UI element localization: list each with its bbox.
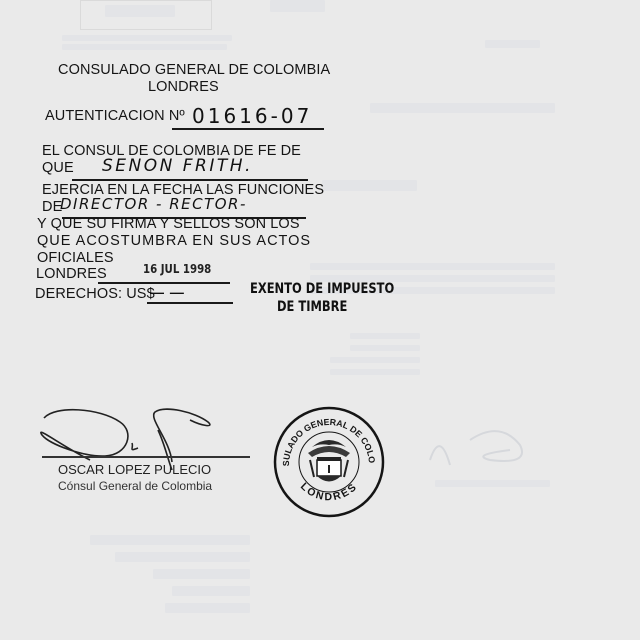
ghost-text: [153, 569, 250, 579]
ghost-text: [350, 333, 420, 339]
handwritten-signature: [30, 400, 260, 470]
que-handwritten-name: SENON FRITH.: [102, 156, 253, 176]
ghost-signature: [410, 420, 550, 480]
date-stamp: 16 JUL 1998: [143, 262, 211, 276]
authentication-underline: [172, 128, 324, 130]
derechos-value: — —: [150, 284, 185, 300]
que-label: QUE: [42, 160, 74, 176]
exemption-line1: EXENTO DE IMPUESTO: [250, 281, 394, 297]
document-page: CONSULADO GENERAL DE COLOMBIA LONDRES AU…: [0, 0, 640, 640]
londres-label: LONDRES: [36, 266, 107, 282]
que-underline: [72, 179, 308, 181]
ghost-text: [90, 535, 250, 545]
ghost-text: [105, 5, 175, 17]
ghost-text: [370, 103, 555, 113]
de-handwritten-role: DIRECTOR - RECTOR-: [60, 195, 247, 213]
ghost-text: [165, 603, 250, 613]
ghost-text: [172, 586, 250, 596]
consulate-seal: CONSULADO GENERAL DE COLOMBIA LONDRES: [272, 405, 386, 519]
ghost-text: [310, 263, 555, 270]
exemption-line2: DE TIMBRE: [277, 299, 347, 315]
ghost-text: [435, 480, 550, 487]
ghost-text: [330, 357, 420, 363]
ghost-text: [330, 369, 420, 375]
signature-line: [42, 456, 250, 458]
derechos-underline: [147, 302, 233, 304]
stamp-line-firma: Y QUE SU FIRMA Y SELLOS SON LOS: [37, 216, 300, 232]
seal-bottom-text: LONDRES: [298, 480, 360, 503]
coat-of-arms-icon: [308, 440, 350, 482]
stamp-line-oficiales: OFICIALES: [37, 250, 114, 266]
signatory-name: OSCAR LOPEZ PULECIO: [58, 462, 211, 477]
ghost-text: [62, 35, 232, 41]
stamp-header-line2: LONDRES: [148, 79, 219, 95]
ghost-text: [485, 40, 540, 48]
authentication-label: AUTENTICACION Nº: [45, 108, 185, 124]
signatory-title: Cónsul General de Colombia: [58, 479, 212, 493]
ghost-text: [322, 180, 417, 191]
ghost-text: [270, 0, 325, 12]
ghost-text: [350, 345, 420, 351]
stamp-header-line1: CONSULADO GENERAL DE COLOMBIA: [58, 62, 330, 78]
ghost-text: [62, 44, 227, 50]
derechos-label: DERECHOS: US$: [35, 286, 155, 302]
authentication-number: 01616-07: [192, 104, 312, 128]
ghost-text: [115, 552, 250, 562]
stamp-line-acostumbra: QUE ACOSTUMBRA EN SUS ACTOS: [37, 233, 311, 249]
